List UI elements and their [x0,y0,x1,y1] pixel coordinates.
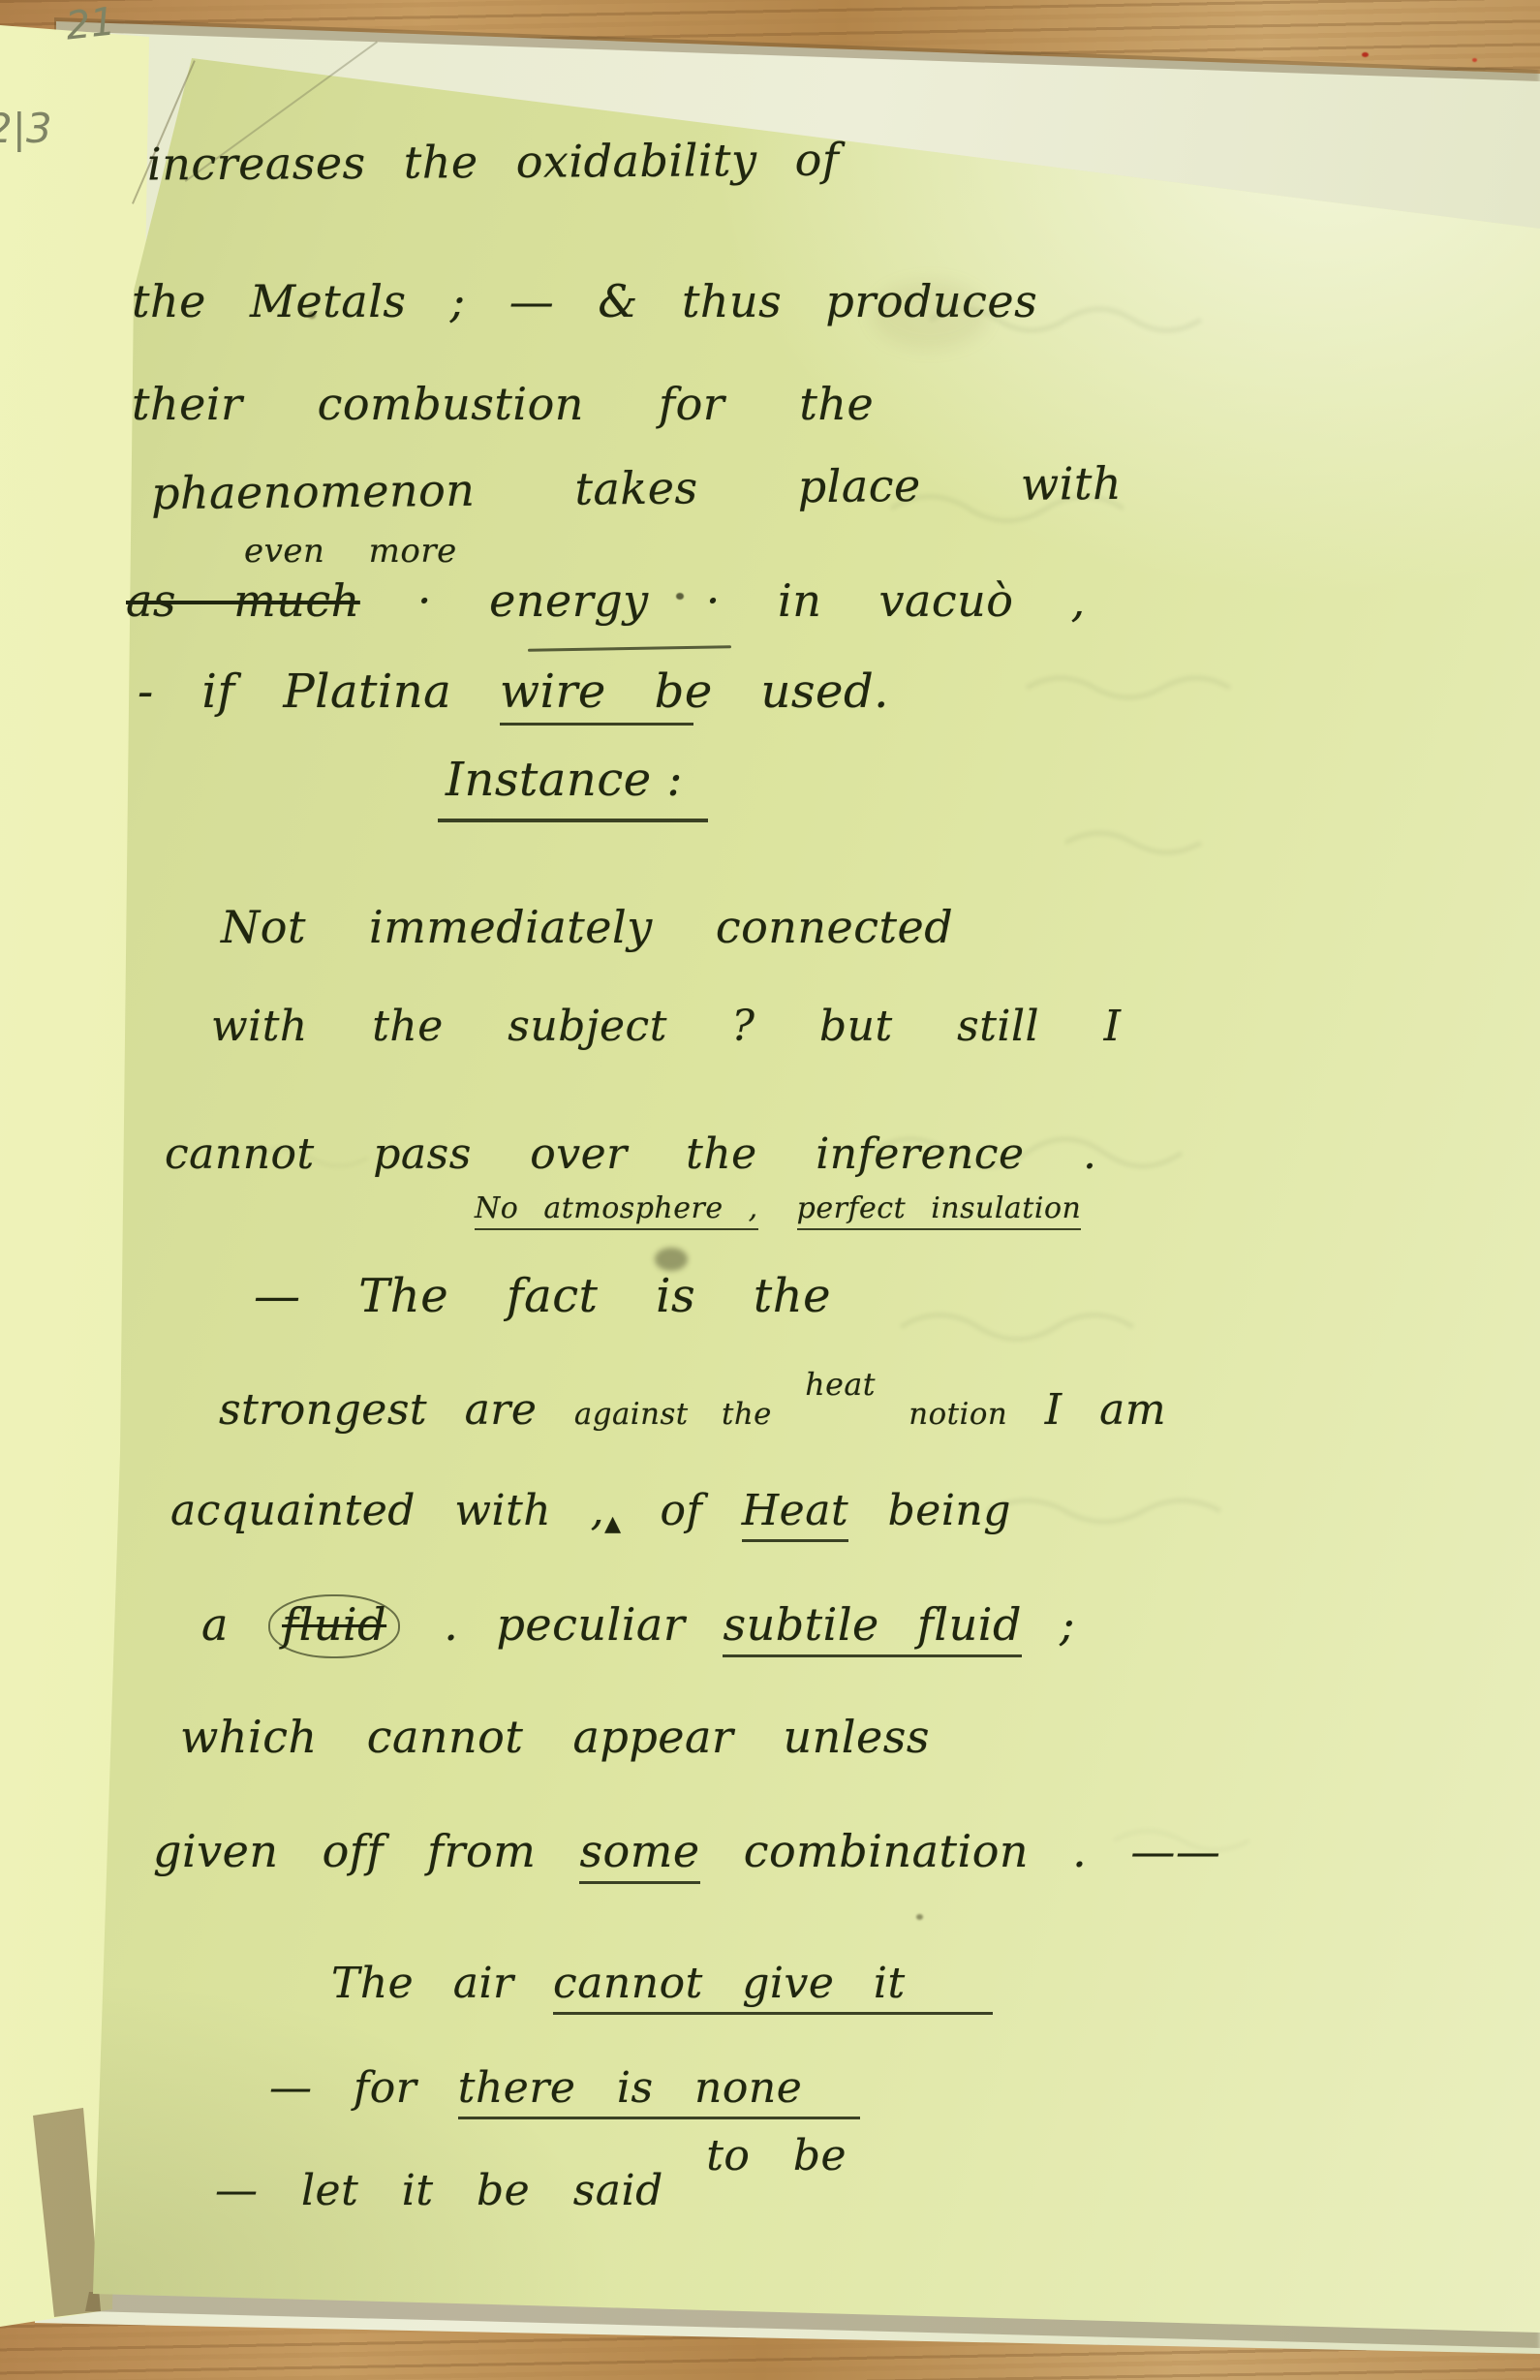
handwritten-text: The air [331,1959,553,2008]
manuscript-line: The air cannot give it [331,1959,906,2008]
manuscript-line: with the subject ? but still I [211,1002,1121,1051]
manuscript-line: cannot pass over the inference . [165,1129,1097,1179]
correction-underline [528,645,731,652]
handwritten-text: which cannot appear unless [180,1711,930,1763]
handwritten-text: phaenomenon takes place with [151,457,1123,519]
handwriting-layer: 21 2|3 increases the oxidability of the … [0,0,1540,2380]
underlined-words: cannot give it [553,1959,993,2015]
manuscript-line: acquainted with ,▲ of Heat being [170,1486,1011,1536]
manuscript-line: increases the oxidability of [147,134,840,191]
cancelled-word: fluid [268,1594,400,1658]
handwritten-text: their combustion for the [132,378,874,430]
manuscript-line: - if Platina wire be used. [138,665,889,719]
manuscript-line: Not immediately connected [221,901,953,953]
underlined-word: some [579,1825,699,1884]
handwritten-text: — let it be said [215,2166,706,2215]
manuscript-line: as much · energy · in vacuò , [126,574,1086,627]
manuscript-line: — for there is none [269,2063,802,2113]
manuscript-line: phaenomenon takes place with [151,457,1123,519]
interlined-words: against the [574,1397,805,1432]
underlined-words: there is none [458,2063,860,2119]
handwritten-text: I am [1007,1385,1166,1435]
manuscript-line-insertion: even more [244,532,457,571]
handwritten-text: . peculiar [406,1598,723,1651]
manuscript-line: — The fact is the [254,1269,831,1323]
underlined-words: subtile fluid [723,1598,1021,1657]
handwritten-text: ; [1022,1598,1075,1651]
raised-words: to be [706,2131,847,2180]
underlined-note: No atmosphere , [475,1191,758,1230]
underlined-word: Heat [742,1486,848,1542]
margin-mark-pencil: 2|3 [0,105,52,152]
handwritten-text: being [848,1486,1011,1535]
manuscript-line: a fluid . peculiar subtile fluid ; [201,1598,1075,1651]
handwritten-text: - if Platina [138,665,500,719]
manuscript-line: which cannot appear unless [180,1711,930,1763]
handwritten-text: the Metals ; — & thus produces [132,275,1037,327]
handwritten-text: — The fact is the [254,1269,831,1323]
underlined-note: perfect insulation [797,1191,1082,1230]
manuscript-line-insertion: No atmosphere ,perfect insulation [475,1191,1081,1225]
manuscript-line: given off from some combination . —— [153,1825,1220,1877]
handwritten-text: a [201,1598,266,1651]
handwritten-text: be used. [606,665,889,719]
handwritten-text: increases the oxidability of [147,134,840,191]
handwritten-text: given off from [153,1825,579,1877]
manuscript-line: — let it be said to be [215,2166,847,2215]
handwritten-text: strongest are [219,1385,574,1435]
handwritten-text: combination . —— [700,1825,1221,1877]
folio-number-pencil: 21 [64,0,117,49]
handwritten-text: Not immediately connected [221,901,953,953]
inserted-words: even more [244,532,457,571]
interlined-words: notion [876,1397,1007,1432]
handwritten-text: — for [269,2063,458,2113]
handwritten-text: with the subject ? but still I [211,1002,1121,1051]
handwritten-text: cannot pass over the inference . [165,1129,1097,1179]
manuscript-line: strongest are against the heat notion I … [219,1385,1166,1435]
underlined-heading: Instance : [438,753,708,822]
superscript-word: heat [805,1368,876,1403]
manuscript-heading: Instance : [446,753,683,807]
caret-mark: ▲ [604,1512,621,1536]
handwritten-text: of [621,1486,742,1535]
handwritten-text: acquainted with , [170,1486,604,1535]
manuscript-line: their combustion for the [132,378,874,430]
handwritten-text: · energy · in vacuò , [360,574,1086,627]
manuscript-line: the Metals ; — & thus produces [132,275,1037,327]
